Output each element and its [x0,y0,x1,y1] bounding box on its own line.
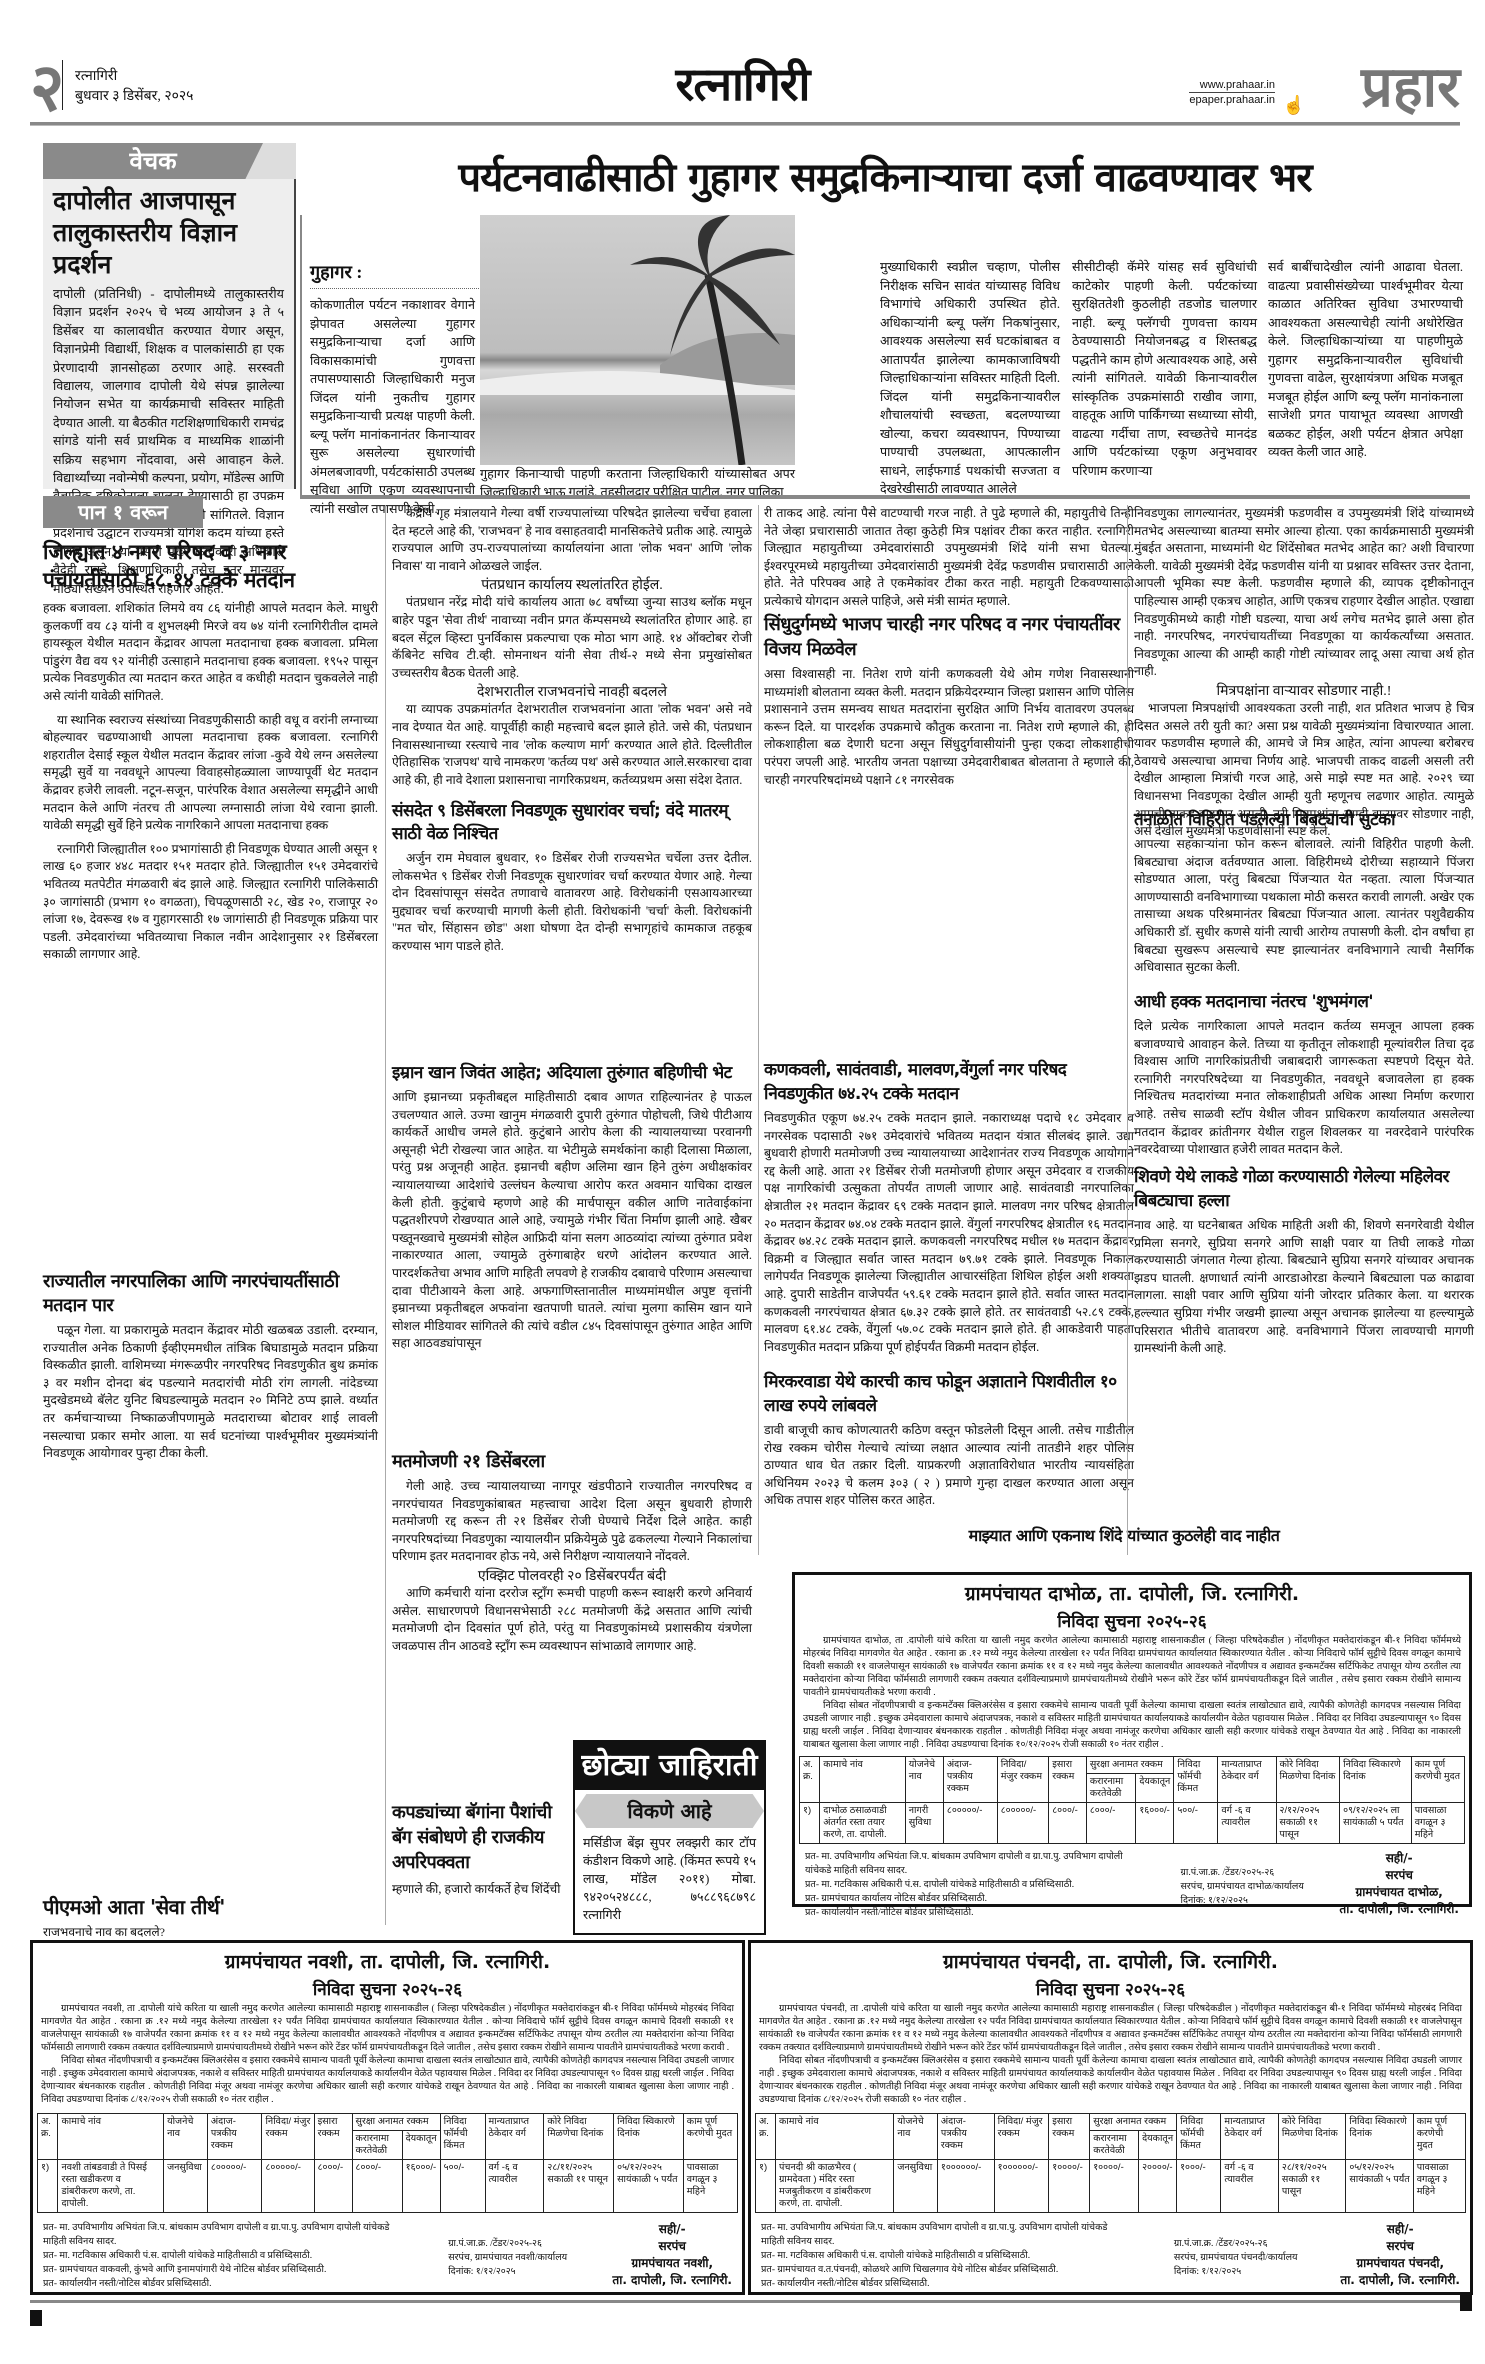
table-row: १) दाभोळ ठसाळवाडी अंतर्गत रस्ता तयार करण… [800,1803,1465,1844]
story-district-voting: जिल्ह्यात ४ नगर परिषद व ३ नगर पंचायतींसा… [43,538,378,964]
tender-title: ग्रामपंचायत दाभोळ, ता. दापोली, जि. रत्ना… [795,1579,1469,1609]
cell: ८०००००/- [997,1803,1049,1844]
ref-line: दिनांक: १/१२/२०२५ [448,2265,567,2279]
col-header: मान्यताप्राप्त ठेकेदार वर्ग [485,2114,544,2160]
cell: २८/११/२०२५ सकाळी ११ पासून [544,2160,614,2213]
copy-to-item: प्रत- ग्रामपंचायत कार्यालय नोटिस बोर्डवर… [805,1892,1145,1906]
story-paragraph: अर्जुन राम मेघवाल बुधवार, १० डिसेंबर रोज… [392,850,752,956]
beach-photo [480,215,795,465]
classified-ad: छोट्या जाहिराती विकणे आहे मर्सिडीज बेंझ … [573,1740,766,1935]
vechak-story: दापोलीत आजपासून तालुकास्तरीय विज्ञान प्र… [43,179,296,489]
tender-table: अ. क्र. कामाचे नांव योजनेचे नाव अंदाज- प… [755,2113,1466,2213]
col-header: मान्यताप्राप्त ठेकेदार वर्ग [1218,1757,1276,1803]
classified-category: विकणे आहे [575,1794,764,1828]
tender-paragraph: ग्रामपंचायत पंचनदी, ता .दापोली यांचे करि… [751,2003,1470,2055]
col-header: निविदा फॉर्मची किंमत [1177,2114,1221,2160]
cell: जनसुविधा [164,2160,208,2213]
cell: ८०००/- [314,2160,352,2213]
column-divider [758,505,759,1555]
tender-paragraph: निविदा सोबत नोंदणीपत्राची व इन्कमटॅक्स क… [751,2055,1470,2107]
story-paragraph: गेली आहे. उच्च न्यायालयाच्या नागपूर खंडप… [392,1478,752,1566]
website-link[interactable]: www.prahaar.in [1189,78,1275,93]
tender-notice-panchnadi: ग्रामपंचायत पंचनदी, ता. दापोली, जि. रत्न… [748,1940,1473,2295]
col-header: सुरक्षा अनामत रक्कम [352,2114,440,2131]
lead-dateline: गुहागर : [310,260,495,289]
cell: ०५/१२/२०२५ सायंकाळी ५ पर्यंत [614,2160,684,2213]
story-parliament: संसदेत ९ डिसेंबरला निवडणूक सुधारांवर चर्… [392,800,752,956]
lead-col-3: सीसीटीव्ही कॅमेरे यांसह सर्व सुविधांची क… [1072,258,1257,480]
copy-to-list: प्रत- मा. उपविभागीय अभियंता जि.प. बांधका… [43,2221,403,2291]
tender-notice-navshi: ग्रामपंचायत नवशी, ता. दापोली, जि. रत्नाग… [30,1940,745,2295]
col-header: निविदा/ मंजुर रक्कम [262,2114,314,2160]
sign-line: ग्रामपंचायत दाभोळ, [1339,1884,1459,1901]
copy-to-item: प्रत- ग्रामपंचायत वाकवली, कुंभवे आणि इना… [43,2263,403,2277]
cell: ५००/- [1174,1803,1218,1844]
story-state-voting: राज्यातील नगरपालिका आणि नगरपंचायतींसाठी … [43,1270,378,1463]
story-paragraph: निवडणुका लागल्यानंतर, मुख्यमंत्री फडणवीस… [1134,505,1474,681]
tender-reference: ग्रा.पं.जा.क्र. /टेंडर/२०२५-२६ सरपंच, ग्… [448,2237,567,2291]
ref-line: ग्रा.पं.जा.क्र. /टेंडर/२०२५-२६ [1181,1866,1304,1880]
story-bags: कपड्यांच्या बॅगांना पैशांची बॅग संबोधणे … [392,1800,567,1899]
column-divider [1127,505,1128,1555]
story-shivane-leopard-attack: शिवणे येथे लाकडे गोळा करण्यासाठी गेलेल्य… [1134,1165,1474,1358]
story-headline: शिवणे येथे लाकडे गोळा करण्यासाठी गेलेल्य… [1134,1165,1474,1213]
copy-to-item: प्रत- मा. गटविकास अधिकारी पं.स. दापोली य… [761,2249,1131,2263]
tender-reference: ग्रा.पं.जा.क्र. /टेंडर/२०२५-२६ सरपंच, ग्… [1181,1866,1304,1920]
prahaar-logo: प्रहार [1361,60,1460,116]
story-headline: तनाळीत विहिरीत पडलेल्या बिबट्याची सुटका [1134,808,1474,832]
story-counting: मतमोजणी २१ डिसेंबरला गेली आहे. उच्च न्या… [392,1450,752,1655]
signature-block: सही/- सरपंच ग्रामपंचायत नवशी, ता. दापोली… [612,2221,732,2291]
story-fadnavis: निवडणुका लागल्यानंतर, मुख्यमंत्री फडणवीस… [1134,505,1474,841]
story-paragraph: पंतप्रधान नरेंद्र मोदी यांचे कार्यालय आत… [392,594,752,682]
cell: नागरी सुविधा [905,1803,943,1844]
ref-line: ग्रा.पं.जा.क्र. /टेंडर/२०२५-२६ [1174,2237,1298,2251]
col-header: निविदा फॉर्मची किंमत [1174,1757,1218,1803]
story-paragraph: म्हणाले की, हजारो कार्यकर्ते हेच शिंदेंच… [392,1881,567,1899]
story-headline: कपड्यांच्या बॅगांना पैशांची बॅग संबोधणे … [392,1800,567,1875]
col-header: कामाचे नांव [58,2114,164,2160]
ref-line: दिनांक: १/१२/२०२५ [1174,2265,1298,2279]
story-subhead: एक्झिट पोलवरही २० डिसेंबरपर्यंत बंदी [392,1566,752,1585]
col-header: देयकातून [1136,1774,1174,1803]
tender-reference: ग्रा.पं.जा.क्र. /टेंडर/२०२५-२६ सरपंच, ग्… [1174,2237,1298,2291]
tender-subtitle: निविदा सुचना २०२५-२६ [751,1977,1470,2003]
col-header: निविदा फॉर्मची किंमत [440,2114,485,2160]
story-headline: मिरकरवाडा येथे कारची काच फोडून अज्ञाताने… [764,1370,1134,1418]
story-no-dispute: माझ्यात आणि एकनाथ शिंदे यांच्यात कुठलेही… [764,1525,1484,1547]
col-header: देयकातून [1139,2131,1177,2160]
story-headline: इम्रान खान जिवंत आहेत; अदियाला तुरुंगात … [392,1062,752,1085]
story-paragraph: डावी बाजूची काच कोणत्यातरी कठिण वस्तून फ… [764,1422,1134,1510]
story-paragraph: पळून गेला. या प्रकारामुळे मतदान केंद्राव… [43,1322,378,1463]
continued-from-page-1-label: पान १ वरून [43,496,203,528]
sign-line: ता. दापोली, जि. रत्नागिरी. [612,2272,732,2289]
col-header: अंदाज- पत्रकीय रक्कम [207,2114,262,2160]
lead-col-4: सर्व बाबींचादेखील त्यांनी आढावा घेतला. व… [1268,258,1463,462]
col-header: कामाचे नांव [820,1757,906,1803]
copy-to-item: प्रत- मा. उपविभागीय अभियंता जि.प. बांधका… [43,2221,403,2249]
story-shubhmangal: आधी हक्क मतदानाचा नंतरच 'शुभमंगल' दिले प… [1134,990,1474,1159]
cell: वर्ग -६ व त्यावरील [485,2160,544,2213]
copy-to-item: प्रत- मा. गटविकास अधिकारी पं.स. दापोली य… [805,1878,1145,1892]
cell: ८०००/- [1049,1803,1087,1844]
tender-subtitle: निविदा सुचना २०२५-२६ [33,1977,742,2003]
cell: पावसाळा वगळून ३ महिने [1411,1803,1464,1844]
col-header: करारनामा करतेवेळी [1090,2131,1139,2160]
story-headline: पीएमओ आता 'सेवा तीर्थ' [43,1895,378,1919]
cell: ८०००/- [352,2160,402,2213]
tender-title: ग्रामपंचायत पंचनदी, ता. दापोली, जि. रत्न… [751,1947,1470,1977]
tender-paragraph: ग्रामपंचायत दाभोळ, ता .दापोली यांचे करित… [795,1635,1469,1700]
story-headline: सिंधुदुर्गमध्ये भाजप चारही नगर परिषद व न… [764,612,1134,662]
signature-block: सही/- सरपंच ग्रामपंचायत पंचनदी, ता. दापो… [1340,2221,1460,2291]
story-samant: री ताकद आहे. त्यांना पैसे वाटण्याची गरज … [764,505,1134,611]
col-header: इसारा रक्कम [314,2114,352,2160]
col-header: अंदाज- पत्रकीय रक्कम [943,1757,997,1803]
pointing-hand-icon: ☝ [1283,95,1305,116]
copy-to-item: प्रत- कार्यालयीन नस्ती/नोटिस बोर्डवर प्र… [43,2277,403,2291]
col-header: योजनेचे नाव [905,1757,943,1803]
cell: दाभोळ ठसाळवाडी अंतर्गत रस्ता तयार करणे, … [820,1803,906,1844]
copy-to-item: प्रत- कार्यालयीन नस्ती/नोटिस बोर्डवर प्र… [805,1906,1145,1920]
ref-line: सरपंच, ग्रामपंचायत दाभोळ/कार्यालय [1181,1880,1304,1894]
registration-mark-right [1460,2295,1472,2311]
lead-col-1: कोकणातील पर्यटन नकाशावर वेगाने झेपावत अस… [310,296,475,518]
story-mirkarwada: मिरकरवाडा येथे कारची काच फोडून अज्ञाताने… [764,1370,1134,1510]
sign-line: सही/- [1340,2221,1460,2238]
col-header: कोरे निविदा मिळणेचा दिनांक [1278,2114,1345,2160]
story-pmo: पीएमओ आता 'सेवा तीर्थ' राजभवनाचे नाव का … [43,1895,378,1940]
sign-line: सरपंच [1339,1867,1459,1884]
column-divider [385,505,386,1925]
story-sindhudurg: सिंधुदुर्गमध्ये भाजप चारही नगर परिषद व न… [764,612,1134,789]
tender-table: अ. क्र. कामाचे नांव योजनेचे नाव अंदाज- प… [37,2113,738,2213]
cell: १) [38,2160,58,2213]
story-headline: संसदेत ९ डिसेंबरला निवडणूक सुधारांवर चर्… [392,800,752,846]
cell: पावसाळा वगळून ३ महिने [1413,2160,1465,2213]
story-subhead: राजभवनाचे नाव का बदलले? [43,1923,378,1940]
lead-bottom-rule [300,495,1470,499]
cell: वर्ग -६ व त्यावरील [1218,1803,1276,1844]
copy-to-item: प्रत- मा. उपविभागीय अभियंता जि.प. बांधका… [761,2221,1131,2249]
cell: पावसाळा वगळून ३ महिने [683,2160,737,2213]
story-paragraph: या व्यापक उपक्रमांतर्गत देशभरातील राजभवन… [392,701,752,789]
tender-notice-dabhol: ग्रामपंचायत दाभोळ, ता. दापोली, जि. रत्ना… [792,1572,1472,1907]
sign-line: ता. दापोली, जि. रत्नागिरी. [1339,1901,1459,1918]
col-header: कोरे निविदा मिळणेचा दिनांक [544,2114,614,2160]
story-rajbhavan: केंद्रीय गृह मंत्रालयाने गेल्या वर्षी रा… [392,505,752,789]
col-header: निविदा स्विकारणे दिनांक [1346,2114,1413,2160]
tender-subtitle: निविदा सुचना २०२५-२६ [795,1609,1469,1635]
story-subhead: देशभरातील राजभवनांचे नावही बदलले [392,682,752,701]
sign-line: ग्रामपंचायत पंचनदी, [1340,2255,1460,2272]
cell: पंचनदी श्री काळभैरव ( ग्रामदेवता ) मंदिर… [776,2160,894,2213]
copy-to-item: प्रत- ग्रामपंचायत व.त.पंचनदी, कोळथरे आणि… [761,2263,1131,2277]
col-header: अंदाज- पत्रकीय रक्कम [937,2114,994,2160]
cell: ८०००००/- [943,1803,997,1844]
copy-to-item: प्रत- मा. उपविभागीय अभियंता जि.प. बांधका… [805,1850,1145,1878]
story-imran-khan: इम्रान खान जिवंत आहेत; अदियाला तुरुंगात … [392,1062,752,1353]
col-header: काम पूर्ण करणेची मुदत [1411,1757,1464,1803]
cell: ५००/- [440,2160,485,2213]
cell: ०९/१२/२०२५ ला सायंकाळी ५ पर्यंत [1340,1803,1412,1844]
sign-line: सही/- [1339,1850,1459,1867]
sign-line: ग्रामपंचायत नवशी, [612,2255,732,2272]
cell: नवशी तांबडवाडी ते पिसई रस्ता खडीकरण व डा… [58,2160,164,2213]
col-header: मान्यताप्राप्त ठेकेदार वर्ग [1221,2114,1278,2160]
cell: १००००/- [1090,2160,1139,2213]
story-headline: माझ्यात आणि एकनाथ शिंदे यांच्यात कुठलेही… [764,1525,1484,1547]
story-subhead: मित्रपक्षांना वाऱ्यावर सोडणार नाही.! [1134,681,1474,700]
lead-headline: पर्यटनवाढीसाठी गुहागर समुद्रकिनाऱ्याचा द… [300,148,1470,208]
col-header: निविदा/ मंजुर रक्कम [994,2114,1049,2160]
story-headline: कणकवली, सावंतवाडी, मालवण,वेंगुर्ला नगर प… [764,1058,1134,1106]
ref-line: ग्रा.पं.जा.क्र. /टेंडर/२०२५-२६ [448,2237,567,2251]
cell: १००००००/- [994,2160,1049,2213]
col-header: सुरक्षा अनामत रक्कम [1086,1757,1173,1774]
epaper-link[interactable]: epaper.prahaar.in [1189,93,1275,107]
footer-rule [30,2300,1470,2303]
story-kankavli: कणकवली, सावंतवाडी, मालवण,वेंगुर्ला नगर प… [764,1058,1134,1356]
story-paragraph: हक्क बजावला. शशिकांत लिमये वय ८६ यांनीही… [43,600,378,706]
cell: १००००००/- [937,2160,994,2213]
col-header: कामाचे नांव [776,2114,894,2160]
signature-block: सही/- सरपंच ग्रामपंचायत दाभोळ, ता. दापोल… [1339,1850,1459,1920]
cell: १) [756,2160,776,2213]
classified-header: छोट्या जाहिराती [575,1742,764,1790]
col-header: देयकातून [402,2131,440,2160]
col-header: इसारा रक्कम [1049,1757,1087,1803]
col-header: काम पूर्ण करणेची मुदत [683,2114,737,2160]
story-paragraph: आणि इम्रानच्या प्रकृतीबद्दल माहितीसाठी द… [392,1089,752,1353]
col-header: निविदा/ मंजुर रक्कम [997,1757,1049,1803]
col-header: योजनेचे नाव [164,2114,208,2160]
cell: जनसुविधा [894,2160,938,2213]
copy-to-item: प्रत- कार्यालयीन नस्ती/नोटिस बोर्डवर प्र… [761,2277,1131,2291]
col-header: अ. क्र. [38,2114,58,2160]
story-paragraph: आणि कर्मचारी यांना दररोज स्ट्रॉंग रूमची … [392,1585,752,1655]
ref-line: सरपंच, ग्रामपंचायत पंचनदी/कार्यालय [1174,2251,1298,2265]
cell: ८०००/- [1086,1803,1135,1844]
story-headline: जिल्ह्यात ४ नगर परिषद व ३ नगर पंचायतींसा… [43,538,378,594]
table-row: १) पंचनदी श्री काळभैरव ( ग्रामदेवता ) मं… [756,2160,1466,2213]
cell: १६०००/- [1136,1803,1174,1844]
cell: १०००/- [1177,2160,1221,2213]
cell: २००००/- [1139,2160,1177,2213]
col-header: निविदा स्विकारणे दिनांक [1340,1757,1412,1803]
tender-paragraph: निविदा सोबत नोंदणीपत्राची व इन्कमटॅक्स क… [33,2055,742,2107]
ref-line: दिनांक: १/१२/२०२५ [1181,1894,1304,1908]
cell: १००००/- [1049,2160,1090,2213]
col-header: अ. क्र. [756,2114,776,2160]
cell: वर्ग -६ व त्यावरील [1221,2160,1278,2213]
col-header: काम पूर्ण करणेची मुदत [1413,2114,1465,2160]
sign-line: सरपंच [1340,2238,1460,2255]
story-paragraph: असा विश्वासही ना. नितेश राणे यांनी कणकवल… [764,666,1134,789]
col-header: करारनामा करतेवेळी [1086,1774,1135,1803]
story-paragraph: दिले प्रत्येक नागरिकाला आपले मतदान कर्तव… [1134,1018,1474,1159]
cell: २८/११/२०२५ सकाळी ११ पासून [1278,2160,1345,2213]
tender-table: अ. क्र. कामाचे नांव योजनेचे नाव अंदाज- प… [799,1756,1465,1844]
story-leopard-rescue: तनाळीत विहिरीत पडलेल्या बिबट्याची सुटका … [1134,808,1474,977]
story-paragraph: केंद्रीय गृह मंत्रालयाने गेल्या वर्षी रा… [392,505,752,575]
tender-title: ग्रामपंचायत नवशी, ता. दापोली, जि. रत्नाग… [33,1947,742,1977]
sign-line: सरपंच [612,2238,732,2255]
masthead-rule [30,122,1460,126]
sign-line: सही/- [612,2221,732,2238]
copy-to-list: प्रत- मा. उपविभागीय अभियंता जि.प. बांधका… [761,2221,1131,2291]
tender-paragraph: ग्रामपंचायत नवशी, ता .दापोली यांचे करिता… [33,2003,742,2055]
story-paragraph: रत्नागिरी जिल्ह्यातील १०० प्रभागांसाठी ह… [43,841,378,964]
sign-line: ता. दापोली, जि. रत्नागिरी. [1340,2272,1460,2289]
col-header: सुरक्षा अनामत रक्कम [1090,2114,1177,2131]
cell: ०५/१२/२०२५ सायंकाळी ५ पर्यंत [1346,2160,1413,2213]
col-header: करारनामा करतेवेळी [352,2131,402,2160]
classified-body: मर्सिडीज बेंझ सुपर लक्झरी कार टॉप कंडीशन… [575,1832,764,1926]
cell: ८०००००/- [262,2160,314,2213]
cell: १) [800,1803,820,1844]
copy-to-list: प्रत- मा. उपविभागीय अभियंता जि.प. बांधका… [805,1850,1145,1920]
vechak-label: वेचक [43,143,263,179]
tender-paragraph: निविदा सोबत नोंदणीपत्राची व इन्कमटॅक्स क… [795,1700,1469,1752]
story-paragraph: री ताकद आहे. त्यांना पैसे वाटण्याची गरज … [764,505,1134,611]
ref-line: सरपंच, ग्रामपंचायत नवशी/कार्यालय [448,2251,567,2265]
col-header: योजनेचे नाव [894,2114,938,2160]
registration-mark-left [30,2310,42,2326]
cell: ८०००००/- [207,2160,262,2213]
table-row: १) नवशी तांबडवाडी ते पिसई रस्ता खडीकरण व… [38,2160,738,2213]
cell: १६०००/- [402,2160,440,2213]
col-header: इसारा रक्कम [1049,2114,1090,2160]
story-subhead: पंतप्रधान कार्यालय स्थलांतरित होईल. [392,575,752,594]
story-headline: आधी हक्क मतदानाचा नंतरच 'शुभमंगल' [1134,990,1474,1014]
vechak-headline: दापोलीत आजपासून तालुकास्तरीय विज्ञान प्र… [53,185,284,281]
story-paragraph: या स्थानिक स्वराज्य संस्थांच्या निवडणुकी… [43,712,378,835]
story-paragraph: नाव आहे. या घटनेबाबत अधिक माहिती अशी की,… [1134,1217,1474,1358]
website-links: www.prahaar.in epaper.prahaar.in [1189,78,1275,107]
col-header: निविदा स्विकारणे दिनांक [614,2114,684,2160]
copy-to-item: प्रत- मा. गटविकास अधिकारी पं.स. दापोली य… [43,2249,403,2263]
cell: २/१२/२०२५ सकाळी ११ पासून [1276,1803,1340,1844]
story-paragraph: आपल्या सहकाऱ्यांना फोन करून बोलावले. त्य… [1134,836,1474,977]
col-header: अ. क्र. [800,1757,820,1803]
story-headline: मतमोजणी २१ डिसेंबरला [392,1450,752,1474]
lead-col-2: मुख्याधिकारी स्वप्नील चव्हाण, पोलीस निरी… [880,258,1060,499]
col-header: कोरे निविदा मिळणेचा दिनांक [1276,1757,1340,1803]
story-paragraph: निवडणुकीत एकूण ७४.२५ टक्के मतदान झाले. न… [764,1110,1134,1356]
palm-tree-icon [480,215,795,465]
story-headline: राज्यातील नगरपालिका आणि नगरपंचायतींसाठी … [43,1270,378,1318]
